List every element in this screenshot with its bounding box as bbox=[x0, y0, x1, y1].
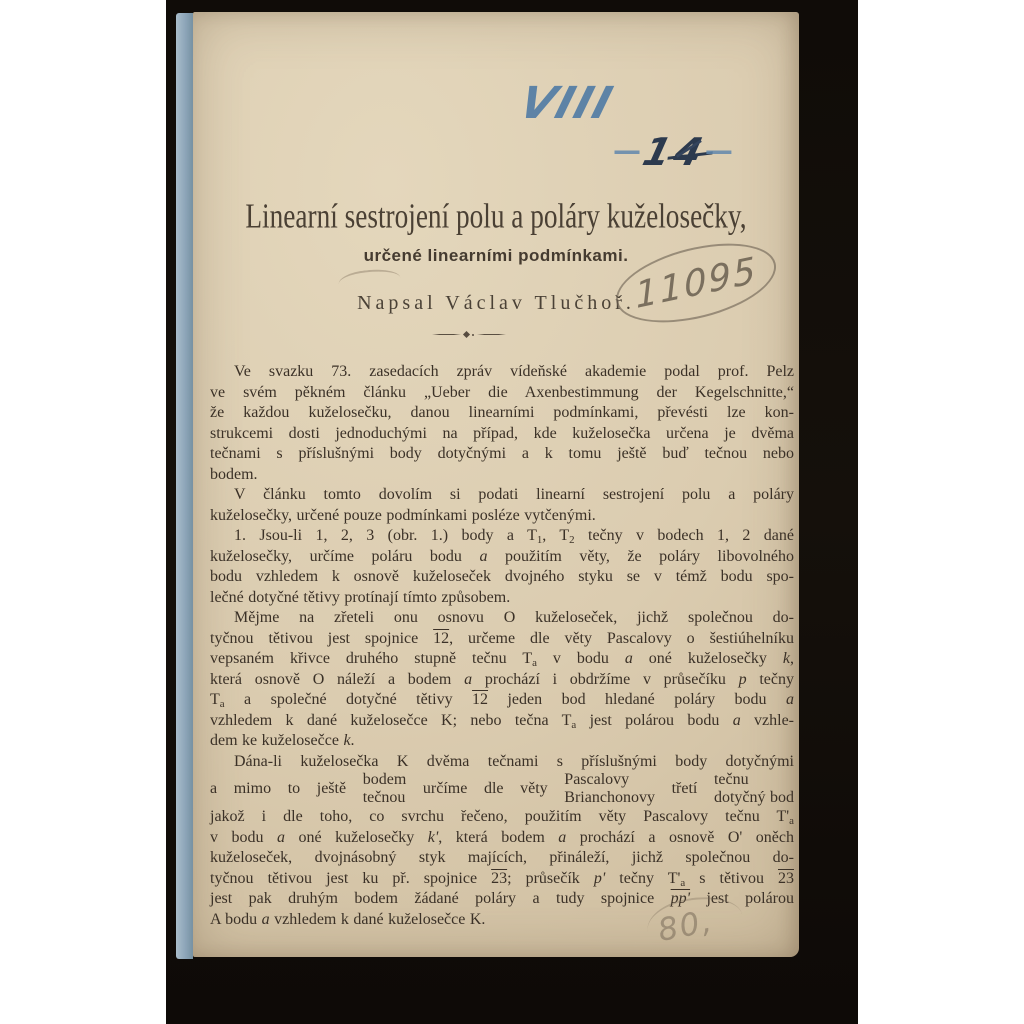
divider-diamond bbox=[463, 331, 470, 338]
text-line: bodu vzhledem k osnově kuželoseček dvojn… bbox=[210, 567, 794, 588]
text-line: bodem. bbox=[210, 465, 794, 486]
pencil-scribble bbox=[338, 267, 401, 285]
text-line: a mimo to ještě bodemtečnou určíme dle v… bbox=[210, 772, 794, 807]
text-line: dem ke kuželosečce k. bbox=[210, 731, 794, 752]
text-line: lečné dotyčné tětivy protínají tímto způ… bbox=[210, 588, 794, 609]
divider-line-left bbox=[432, 334, 461, 335]
text-line: vzhledem k dané kuželosečce K; nebo tečn… bbox=[210, 711, 794, 732]
handwritten-roman-numeral: VIII bbox=[514, 78, 620, 129]
text-line: Mějme na zřeteli onu osnovu O kuželoseče… bbox=[210, 608, 794, 629]
text-line: kuželoseček, dvojnásobný styk majících, … bbox=[210, 848, 794, 869]
text-line: v bodu a oné kuželosečky k', která bodem… bbox=[210, 828, 794, 849]
body-text: Ve svazku 73. zasedacích zpráv vídeňské … bbox=[210, 362, 794, 930]
text-line: kuželosečky, určené pouze podmínkami pos… bbox=[210, 506, 794, 527]
scanned-page: VIII — 1 4 — Linearní sestrojení polu a … bbox=[193, 12, 799, 957]
text-line: vepsaném křivce druhého stupně tečnu Ta … bbox=[210, 649, 794, 670]
book-photo: VIII — 1 4 — Linearní sestrojení polu a … bbox=[166, 0, 858, 1024]
text-line: jakož i dle toho, co svrchu řečeno, použ… bbox=[210, 807, 794, 828]
handwritten-page-number: — 1 4 — bbox=[613, 130, 733, 174]
text-line: 1. Jsou-li 1, 2, 3 (obr. 1.) body a T1, … bbox=[210, 526, 794, 547]
text-line: Ta a společné dotyčné tětivy 12 jeden bo… bbox=[210, 690, 794, 711]
article-title: Linearní sestrojení polu a poláry kuželo… bbox=[229, 196, 762, 236]
book-cover-edge bbox=[176, 13, 193, 959]
text-line: která osnově O náleží a bodem a prochází… bbox=[210, 670, 794, 691]
pen-dash-left: — bbox=[613, 134, 641, 167]
divider-dot bbox=[472, 334, 474, 336]
text-line: Ve svazku 73. zasedacích zpráv vídeňské … bbox=[210, 362, 794, 383]
pen-dash-right: — bbox=[705, 134, 733, 167]
divider-line-right bbox=[477, 334, 506, 335]
text-line: kuželosečky, určíme poláru bodu a použit… bbox=[210, 547, 794, 568]
text-line: V článku tomto dovolím si podati linearn… bbox=[210, 485, 794, 506]
text-line: ve svém pěkném článku „Ueber die Axenbes… bbox=[210, 383, 794, 404]
text-line: tyčnou tětivou jest spojnice 12, určeme … bbox=[210, 629, 794, 650]
text-line: že každou kuželosečku, danou linearními … bbox=[210, 403, 794, 424]
ornament-divider bbox=[432, 331, 506, 338]
text-line: tyčnou tětivou jest ku př. spojnice 23; … bbox=[210, 869, 794, 890]
text-line: strukcemi dosti jednoduchými na případ, … bbox=[210, 424, 794, 445]
text-line: Dána-li kuželosečka K dvěma tečnami s př… bbox=[210, 752, 794, 773]
text-line: tečnami s příslušnými body dotyčnými a k… bbox=[210, 444, 794, 465]
